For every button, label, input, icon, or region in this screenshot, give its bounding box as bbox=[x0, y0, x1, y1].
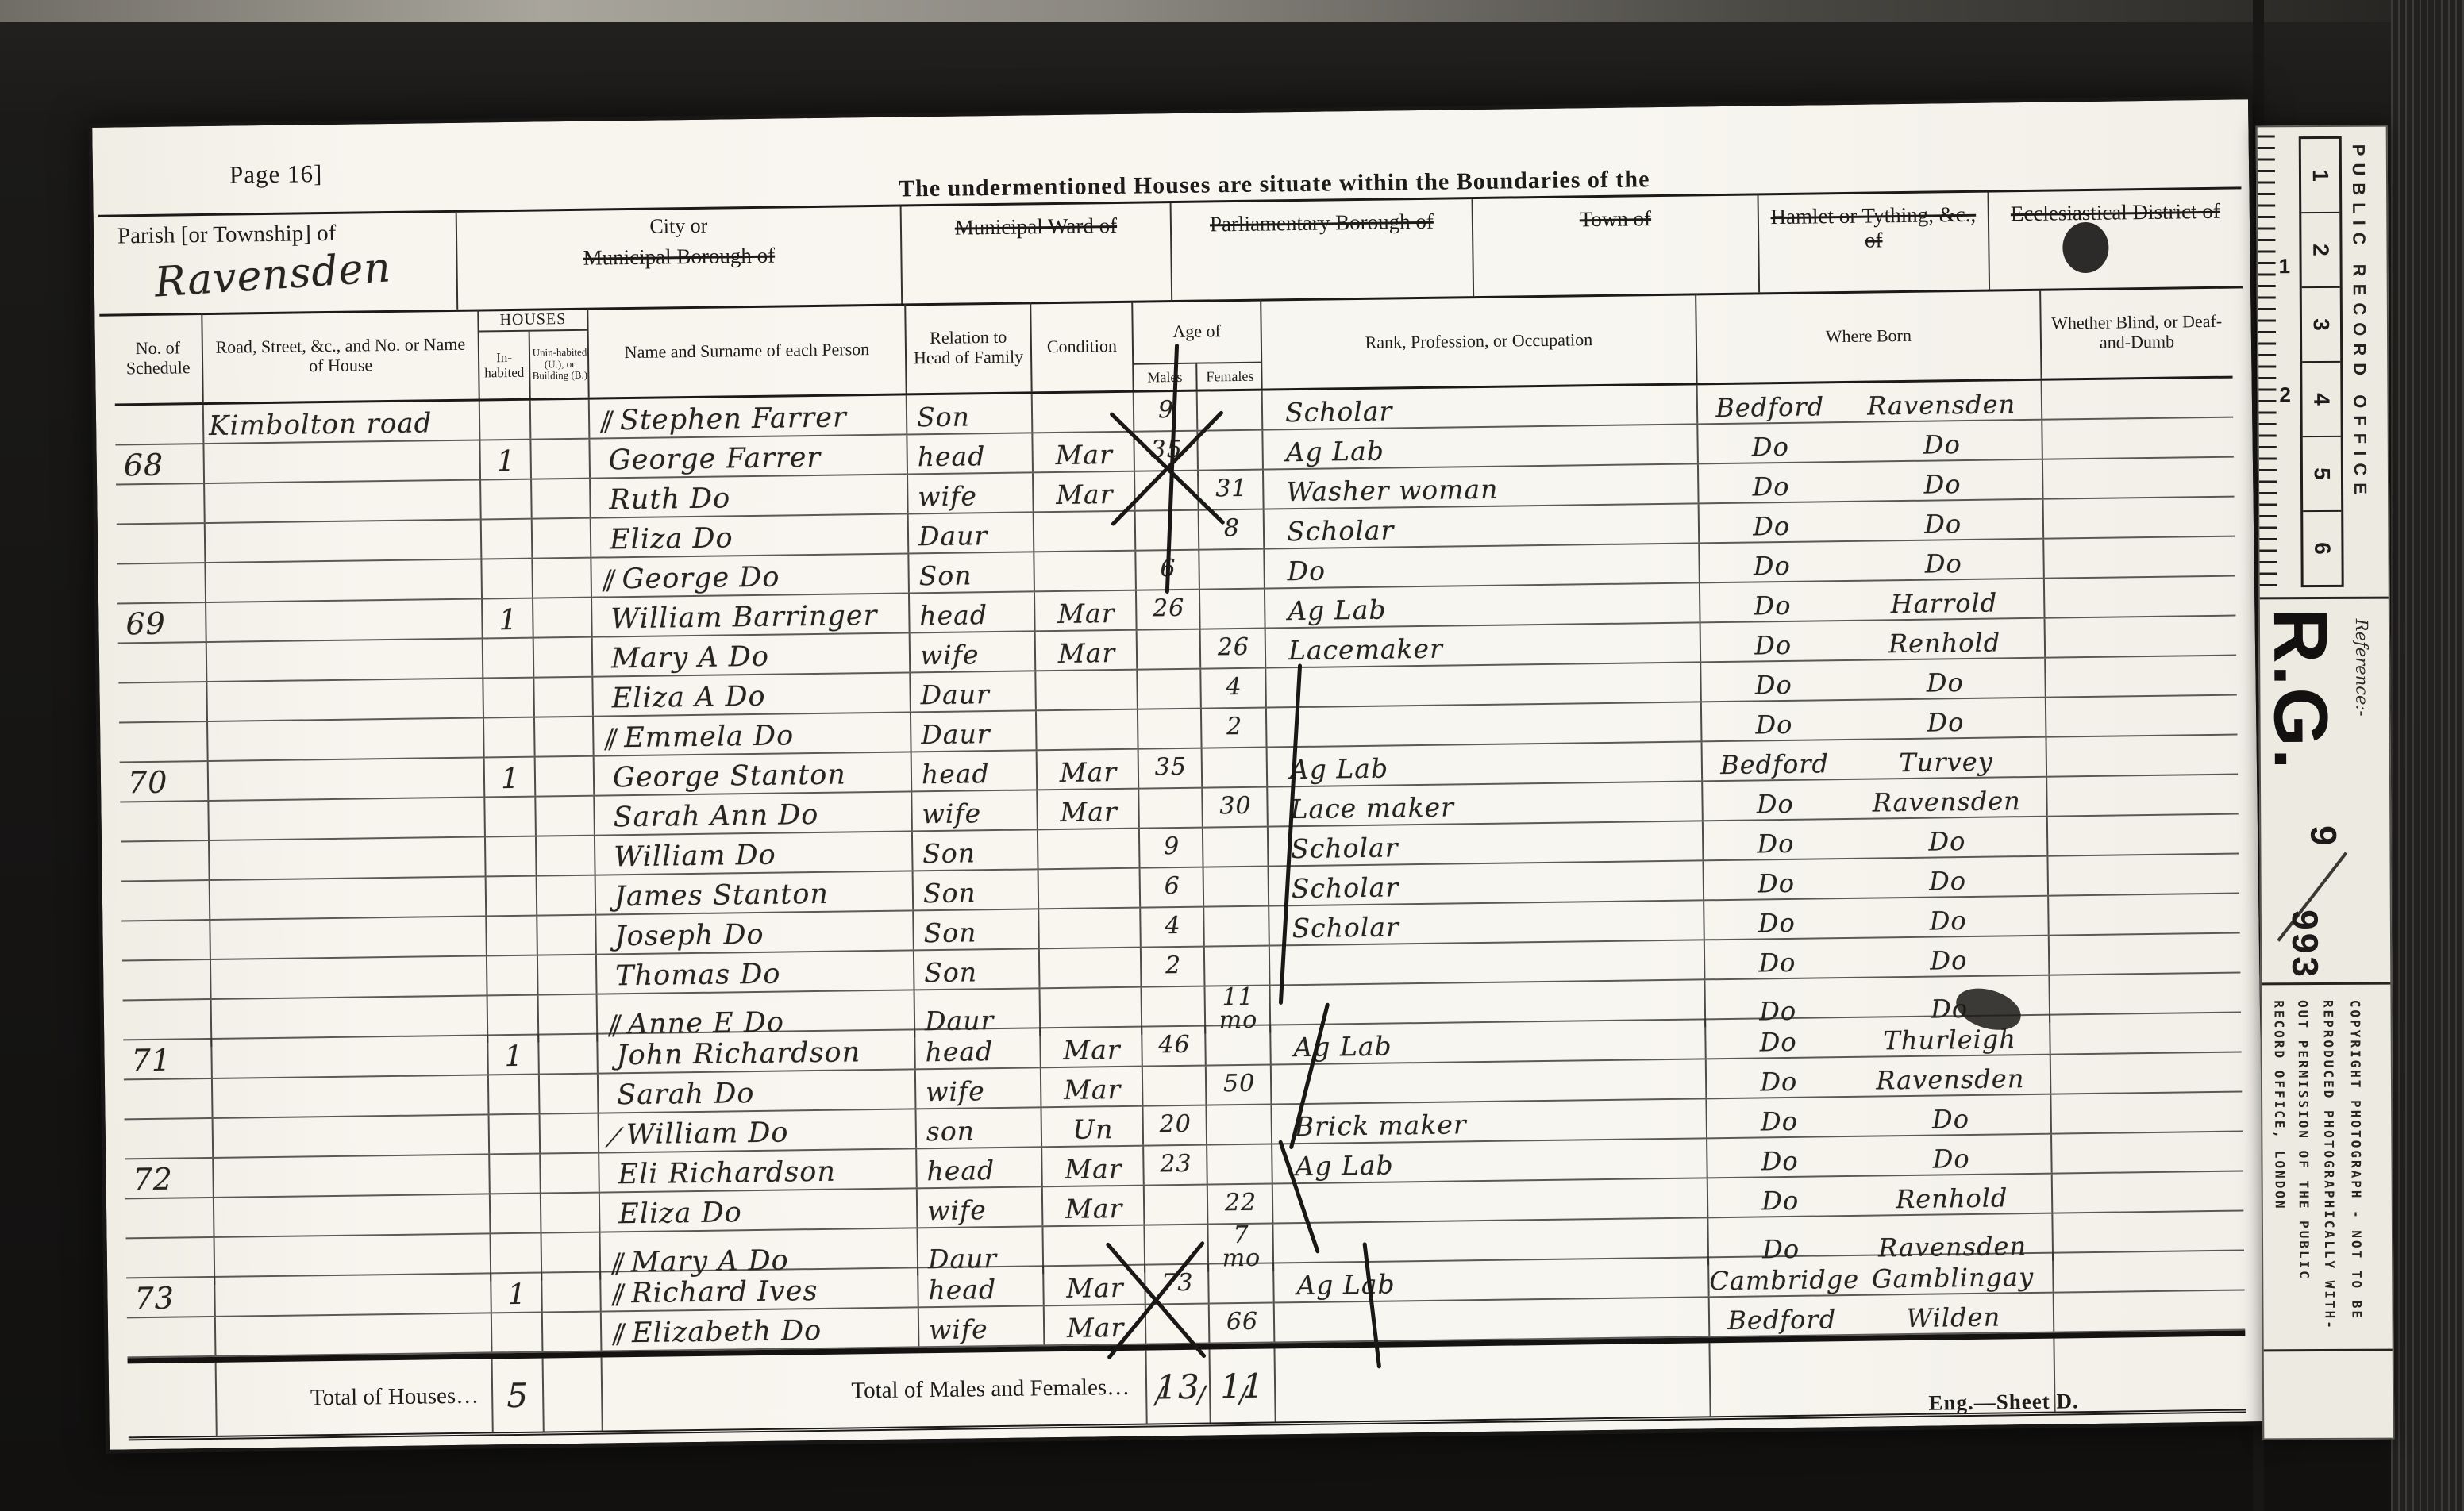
condition: Mar bbox=[1038, 750, 1140, 790]
road-name bbox=[206, 599, 483, 641]
schedule-number bbox=[124, 1079, 214, 1118]
occupation: Ag Lab bbox=[1265, 583, 1701, 627]
infirmity-cell bbox=[2050, 1013, 2242, 1054]
schedule-number: 70 bbox=[120, 762, 210, 801]
age-male: 35 bbox=[1139, 749, 1203, 788]
relation-to-head: head bbox=[917, 1148, 1043, 1187]
age-female: 50 bbox=[1207, 1066, 1272, 1105]
born-parish: Do bbox=[1846, 706, 2045, 739]
born-county: Do bbox=[1704, 867, 1849, 899]
schedule-number bbox=[116, 484, 206, 523]
enumerator-mark: ∥ bbox=[608, 1321, 629, 1349]
where-born: Do Do bbox=[1704, 857, 2049, 900]
person-name: Sarah Do bbox=[599, 1070, 917, 1112]
road-name bbox=[208, 718, 485, 760]
infirmity-cell bbox=[2050, 934, 2241, 975]
relation-to-head: Son bbox=[914, 909, 1040, 949]
infirmity-cell bbox=[2044, 537, 2235, 578]
born-county: Do bbox=[1701, 669, 1846, 701]
born-county: Do bbox=[1707, 1105, 1852, 1137]
infirmity-cell bbox=[2051, 1053, 2243, 1094]
schedule-number bbox=[125, 1119, 214, 1158]
condition bbox=[1040, 948, 1142, 988]
born-county: Do bbox=[1704, 828, 1848, 859]
born-county: Do bbox=[1704, 907, 1849, 939]
person-name: Eliza A Do bbox=[593, 673, 911, 715]
age-female bbox=[1204, 867, 1270, 906]
where-born: Do Do bbox=[1700, 500, 2045, 543]
where-born: Bedford Turvey bbox=[1703, 738, 2048, 781]
public-record-office-label: PUBLIC RECORD OFFICE bbox=[2348, 144, 2371, 586]
strip-divider bbox=[2264, 1349, 2393, 1352]
photo-right-band bbox=[2391, 0, 2464, 1511]
road-name: Kimbolton road bbox=[204, 401, 481, 443]
scale-number: 1 bbox=[2308, 169, 2333, 182]
schedule-number: 68 bbox=[115, 444, 205, 483]
born-parish: Ravensden bbox=[1850, 1063, 2050, 1096]
age-female bbox=[1209, 1263, 1275, 1302]
born-parish: Do bbox=[1851, 1103, 2050, 1136]
inhabited-mark bbox=[491, 1194, 542, 1233]
occupation bbox=[1275, 1298, 1711, 1341]
age-female bbox=[1204, 907, 1270, 946]
col-name: Name and Surname of each Person bbox=[588, 304, 907, 397]
born-parish: Ravensden bbox=[1847, 786, 2046, 818]
age-female: 66 bbox=[1210, 1303, 1276, 1342]
strip-divider bbox=[2260, 597, 2389, 600]
where-born: Do Do bbox=[1698, 421, 2043, 463]
where-born: Do Renhold bbox=[1708, 1175, 2054, 1217]
uninhabited-cell bbox=[533, 598, 593, 637]
person-name-text: William Do bbox=[614, 840, 776, 874]
inhabited-mark bbox=[484, 718, 536, 757]
ruler-number: 1 bbox=[2279, 254, 2291, 279]
condition bbox=[1033, 393, 1135, 433]
age-female bbox=[1206, 1026, 1272, 1065]
inhabited-mark: 1 bbox=[488, 1036, 540, 1075]
person-name: George Farrer bbox=[590, 435, 908, 477]
infirmity-cell bbox=[2051, 1093, 2243, 1133]
uninhabited-cell bbox=[541, 1114, 600, 1153]
col-houses-label: HOUSES bbox=[479, 309, 587, 333]
schedule-number bbox=[117, 524, 206, 563]
occupation: Scholar bbox=[1269, 861, 1705, 905]
inhabited-mark bbox=[489, 1075, 541, 1114]
person-name-text: Mary A Do bbox=[611, 641, 769, 675]
uninhabited-cell bbox=[534, 678, 594, 717]
schedule-number bbox=[117, 563, 206, 602]
inhabited-mark bbox=[486, 837, 537, 876]
person-name-text: Joseph Do bbox=[614, 919, 764, 952]
hamlet-cell: Hamlet or Tything, &c., of bbox=[1759, 193, 1991, 293]
where-born: Do Harrold bbox=[1700, 579, 2046, 622]
table-body: Kimbolton road ∥ Stephen Farrer Son 9 Sc… bbox=[115, 379, 2245, 1359]
condition: Mar bbox=[1034, 472, 1136, 512]
reference-label: Reference:- bbox=[2352, 619, 2372, 717]
age-female: 31 bbox=[1199, 471, 1265, 509]
town-cell: Town of bbox=[1473, 195, 1761, 296]
schedule-number bbox=[127, 1317, 217, 1356]
infirmity-cell bbox=[2046, 656, 2237, 697]
pro-reference-strip: 1 2 1 2 3 4 5 6 PUBLIC RECORD OFFICE Ref… bbox=[2256, 125, 2395, 1440]
uninhabited-cell bbox=[537, 916, 597, 955]
inhabited-mark: 1 bbox=[480, 440, 532, 479]
born-parish: Do bbox=[1848, 865, 2047, 898]
schedule-number bbox=[121, 921, 211, 959]
born-county: Bedford bbox=[1703, 748, 1847, 780]
road-name bbox=[216, 1313, 493, 1355]
person-name: ∥ Stephen Farrer bbox=[590, 395, 908, 437]
uninhabited-cell bbox=[532, 479, 591, 518]
uninhabited-cell bbox=[533, 519, 592, 558]
uninhabited-cell bbox=[531, 440, 591, 479]
condition: Mar bbox=[1042, 1147, 1145, 1186]
age-female bbox=[1199, 550, 1265, 589]
infirmity-cell bbox=[2053, 1171, 2244, 1212]
road-name bbox=[205, 480, 482, 522]
condition: Mar bbox=[1035, 591, 1138, 631]
born-county: Bedford bbox=[1710, 1304, 1854, 1336]
age-male bbox=[1138, 670, 1202, 709]
col-condition: Condition bbox=[1031, 302, 1134, 392]
age-male bbox=[1138, 709, 1203, 748]
relation-to-head: Daur bbox=[911, 671, 1037, 711]
person-name: ∥ Richard Ives bbox=[601, 1268, 919, 1310]
born-county: Do bbox=[1700, 590, 1845, 621]
where-born: Do Do bbox=[1704, 897, 2050, 940]
condition: Mar bbox=[1041, 1067, 1144, 1107]
ruler bbox=[2258, 135, 2277, 595]
condition bbox=[1037, 710, 1139, 750]
scale-number: 2 bbox=[2308, 244, 2333, 256]
where-born: Do Do bbox=[1700, 540, 2045, 582]
person-name-text: Thomas Do bbox=[615, 959, 781, 993]
born-parish: Do bbox=[1842, 429, 2042, 461]
occupation: Ag Lab bbox=[1268, 742, 1704, 786]
age-female bbox=[1200, 590, 1266, 629]
infirmity-cell bbox=[2048, 815, 2239, 855]
born-parish: Renhold bbox=[1852, 1182, 2051, 1215]
occupation bbox=[1270, 940, 1706, 984]
tick-mark: ∕ bbox=[1197, 1382, 1207, 1409]
where-born: Do Renhold bbox=[1701, 619, 2046, 662]
relation-to-head: wife bbox=[916, 1068, 1042, 1108]
relation-to-head: head bbox=[912, 751, 1038, 790]
born-parish: Thurleigh bbox=[1850, 1024, 2050, 1056]
col-uninhabited: Unin-habited (U.), or Building (B.) bbox=[530, 331, 590, 398]
born-county: Do bbox=[1702, 709, 1846, 740]
condition: Mar bbox=[1033, 433, 1135, 472]
infirmity-cell bbox=[2046, 617, 2237, 657]
infirmity-cell bbox=[2052, 1132, 2243, 1172]
uninhabited-cell bbox=[533, 559, 592, 598]
ruler-number: 2 bbox=[2279, 383, 2291, 407]
uninhabited-cell bbox=[541, 1154, 600, 1193]
age-male: 26 bbox=[1137, 590, 1201, 629]
schedule-number: 72 bbox=[125, 1159, 214, 1198]
infirmity-cell bbox=[2042, 379, 2234, 419]
occupation: Ag Lab bbox=[1271, 1020, 1707, 1063]
age-female bbox=[1207, 1105, 1272, 1144]
schedule-number bbox=[125, 1198, 215, 1237]
infirmity-cell bbox=[2043, 458, 2235, 498]
uninhabited-cell bbox=[534, 638, 594, 677]
uninhabited-cell bbox=[542, 1273, 602, 1312]
road-name bbox=[206, 520, 483, 562]
born-county: Do bbox=[1707, 1145, 1852, 1177]
schedule-number bbox=[121, 881, 211, 920]
parish-cell: Parish [or Township] of Ravensden bbox=[98, 213, 459, 314]
occupation: Do bbox=[1265, 544, 1700, 587]
road-name bbox=[207, 639, 484, 681]
total-males-females-label: Total of Males and Females… bbox=[603, 1351, 1148, 1431]
road-name bbox=[209, 758, 486, 800]
age-male bbox=[1138, 630, 1202, 669]
condition: Mar bbox=[1041, 1028, 1143, 1067]
ecclesiastical-label: Ecclesiastical District of bbox=[2011, 199, 2220, 226]
col-road: Road, Street, &c., and No. or Name of Ho… bbox=[202, 310, 479, 402]
tick-mark: ∕ bbox=[1155, 1382, 1165, 1409]
inhabited-mark: 1 bbox=[483, 599, 534, 638]
infirmity-cell bbox=[2048, 855, 2239, 895]
sheet-imprint: Eng.—Sheet D. bbox=[1928, 1389, 2079, 1415]
person-name-text: Ruth Do bbox=[609, 483, 730, 516]
inhabited-mark: 1 bbox=[485, 758, 537, 797]
person-name-text: Sarah Ann Do bbox=[613, 799, 818, 833]
scale-number: 5 bbox=[2309, 467, 2335, 480]
col-infirmity: Whether Blind, or Deaf-and-Dumb bbox=[2041, 287, 2232, 379]
born-parish: Renhold bbox=[1845, 627, 2044, 659]
road-name bbox=[211, 956, 488, 998]
inhabited-mark bbox=[480, 401, 532, 440]
uninhabited-cell bbox=[539, 1035, 599, 1074]
where-born: Do Ravensden bbox=[1703, 778, 2048, 821]
person-name: Thomas Do bbox=[597, 951, 915, 993]
schedule-number: 71 bbox=[123, 1040, 213, 1078]
inhabited-mark bbox=[487, 877, 538, 916]
totals-blank bbox=[128, 1363, 218, 1436]
where-born: Do Do bbox=[1707, 1135, 2053, 1178]
occupation: Ag Lab bbox=[1274, 1258, 1710, 1301]
enumerator-mark: ∥ bbox=[596, 409, 618, 436]
age-male: 23 bbox=[1144, 1146, 1208, 1185]
age-male: 9 bbox=[1140, 829, 1204, 867]
uninhabited-cell bbox=[537, 836, 596, 875]
occupation: Scholar bbox=[1265, 504, 1700, 548]
born-parish: Do bbox=[1843, 508, 2042, 540]
born-parish: Gamblingay bbox=[1854, 1262, 2053, 1294]
occupation bbox=[1273, 1178, 1709, 1222]
condition bbox=[1039, 869, 1142, 909]
schedule-number bbox=[122, 960, 212, 999]
person-name: Sarah Ann Do bbox=[595, 792, 913, 834]
schedule-number: 69 bbox=[117, 603, 207, 642]
inhabited-mark bbox=[487, 917, 538, 955]
person-name-text: George Do bbox=[622, 562, 780, 596]
uninhabited-cell bbox=[538, 955, 598, 994]
relation-to-head: head bbox=[915, 1028, 1041, 1068]
where-born: Do Do bbox=[1702, 698, 2047, 741]
age-male: 2 bbox=[1142, 948, 1206, 986]
born-county: Do bbox=[1703, 788, 1847, 820]
occupation: Lacemaker bbox=[1266, 623, 1702, 667]
enumerator-mark: ∥ bbox=[607, 1282, 629, 1309]
person-name: Eliza Do bbox=[591, 514, 910, 556]
condition: Mar bbox=[1038, 790, 1140, 829]
col-age-label: Age of bbox=[1133, 300, 1261, 363]
age-female bbox=[1198, 431, 1264, 470]
age-female: 26 bbox=[1201, 629, 1267, 668]
scale-number: 4 bbox=[2308, 393, 2334, 406]
relation-to-head: wife bbox=[918, 1187, 1044, 1227]
inhabited-mark bbox=[490, 1155, 541, 1194]
parliamentary-borough-label: Parliamentary Borough of bbox=[1210, 210, 1434, 237]
person-name: ∥ Emmela Do bbox=[594, 713, 912, 755]
enumerator-ticks: ∕ ∕ ∕ bbox=[1155, 1380, 1330, 1410]
where-born: Do Ravensden bbox=[1707, 1055, 2052, 1098]
municipal-ward-cell: Municipal Ward of bbox=[902, 203, 1173, 303]
piece-number: 9 bbox=[2302, 825, 2345, 846]
where-born: Do Do bbox=[1701, 659, 2046, 702]
infirmity-cell bbox=[2044, 498, 2235, 538]
inhabited-mark bbox=[485, 798, 537, 836]
relation-to-head: head bbox=[907, 433, 1034, 473]
age-female: 30 bbox=[1203, 788, 1269, 827]
born-parish: Turvey bbox=[1846, 746, 2046, 779]
occupation bbox=[1272, 1059, 1707, 1103]
relation-to-head: wife bbox=[908, 473, 1034, 513]
uninhabited-cell bbox=[543, 1313, 603, 1351]
inhabited-mark bbox=[483, 639, 535, 678]
person-name: Joseph Do bbox=[596, 911, 914, 953]
occupation: Scholar bbox=[1269, 821, 1704, 865]
condition: Un bbox=[1041, 1107, 1144, 1147]
condition bbox=[1034, 552, 1137, 591]
person-name-text: Eliza Do bbox=[610, 522, 733, 556]
uninhabited-cell bbox=[535, 717, 595, 756]
person-name: John Richardson bbox=[598, 1030, 916, 1072]
born-parish: Do bbox=[1849, 905, 2048, 937]
age-male: 46 bbox=[1142, 1027, 1207, 1066]
relation-to-head: wife bbox=[911, 632, 1037, 671]
where-born: Do Do bbox=[1699, 460, 2044, 503]
person-name-text: Eli Richardson bbox=[618, 1156, 836, 1191]
col-females: Females bbox=[1197, 363, 1262, 390]
col-schedule: No. of Schedule bbox=[114, 313, 203, 403]
born-parish: Harrold bbox=[1844, 587, 2043, 620]
occupation bbox=[1266, 663, 1702, 706]
hamlet-label: Hamlet or Tything, &c., of bbox=[1767, 202, 1981, 255]
relation-to-head: head bbox=[918, 1267, 1045, 1306]
condition bbox=[1036, 671, 1138, 710]
person-name-text: George Stanton bbox=[613, 759, 846, 794]
born-parish: Do bbox=[1849, 944, 2048, 977]
born-county: Do bbox=[1700, 550, 1844, 582]
parish-name: Ravensden bbox=[153, 244, 393, 306]
infirmity-cell bbox=[2054, 1251, 2245, 1291]
person-name-text: William Do bbox=[626, 1117, 789, 1151]
age-male bbox=[1143, 1067, 1207, 1105]
col-males: Males bbox=[1134, 364, 1197, 390]
infirmity-cell bbox=[2054, 1290, 2246, 1331]
born-county: Do bbox=[1698, 431, 1842, 463]
age-female bbox=[1203, 828, 1269, 867]
born-county: Do bbox=[1705, 947, 1850, 978]
uninhabited-cell bbox=[531, 400, 591, 439]
uninhabited-cell bbox=[536, 797, 595, 836]
relation-to-head: Daur bbox=[909, 513, 1035, 552]
born-county: Do bbox=[1706, 1026, 1850, 1058]
born-parish: Do bbox=[1842, 468, 2042, 501]
person-name: ∥ Elizabeth Do bbox=[602, 1308, 920, 1350]
age-female bbox=[1205, 947, 1271, 986]
inhabited-mark bbox=[483, 679, 535, 717]
age-male: 6 bbox=[1141, 868, 1205, 907]
col-age-group: Age of Males Females bbox=[1133, 300, 1262, 390]
relation-to-head: Son bbox=[914, 949, 1041, 989]
relation-to-head: Son bbox=[913, 830, 1039, 870]
infirmity-cell bbox=[2046, 736, 2238, 776]
col-where-born: Where Born bbox=[1696, 290, 2042, 383]
road-name bbox=[213, 1075, 490, 1117]
enumerator-mark: ∕ bbox=[606, 1123, 624, 1151]
road-name bbox=[206, 559, 483, 602]
age-female: 22 bbox=[1208, 1184, 1274, 1223]
person-name-text: Richard Ives bbox=[631, 1275, 818, 1309]
copyright-line: RECORD OFFICE, LONDON bbox=[2271, 1000, 2288, 1341]
col-houses-group: HOUSES In-habited Unin-habited (U.), or … bbox=[479, 309, 589, 399]
person-name: William Do bbox=[595, 832, 914, 874]
schedule-number bbox=[120, 802, 210, 840]
relation-to-head: wife bbox=[912, 790, 1038, 830]
census-sheet: Page 16] The undermentioned Houses are s… bbox=[88, 95, 2270, 1454]
occupation: Ag Lab bbox=[1272, 1139, 1708, 1182]
enumerator-mark: ∥ bbox=[599, 567, 620, 595]
road-name bbox=[212, 1036, 489, 1078]
tick-mark: ∕ bbox=[1239, 1381, 1249, 1409]
where-born: Bedford Wilden bbox=[1710, 1294, 2055, 1336]
person-name: ∕ William Do bbox=[599, 1109, 918, 1152]
road-name bbox=[210, 837, 487, 879]
schedule-number bbox=[118, 643, 208, 682]
scale-number: 3 bbox=[2308, 318, 2334, 331]
born-parish: Wilden bbox=[1854, 1301, 2053, 1334]
road-name bbox=[215, 1274, 492, 1316]
person-name-text: Stephen Farrer bbox=[620, 402, 847, 436]
road-name bbox=[214, 1115, 491, 1157]
schedule-number bbox=[121, 841, 210, 880]
copyright-line: REPRODUCED PHOTOGRAPHICALLY WITH- bbox=[2320, 1000, 2337, 1341]
person-name: Eliza Do bbox=[600, 1189, 918, 1231]
inhabited-mark bbox=[482, 559, 533, 598]
municipal-borough-top: City or bbox=[465, 212, 892, 241]
parliamentary-borough-cell: Parliamentary Borough of bbox=[1172, 199, 1475, 300]
schedule-number: 73 bbox=[126, 1278, 216, 1317]
person-name-text: Emmela Do bbox=[624, 720, 794, 754]
strip-divider bbox=[2262, 982, 2390, 986]
relation-to-head: Daur bbox=[911, 711, 1038, 751]
road-name bbox=[214, 1155, 491, 1197]
where-born: Do Do bbox=[1707, 1095, 2052, 1138]
age-female: 2 bbox=[1202, 709, 1268, 748]
copyright-line: OUT PERMISSION OF THE PUBLIC bbox=[2295, 1000, 2312, 1341]
age-male: 4 bbox=[1141, 908, 1205, 947]
inhabited-mark: 1 bbox=[491, 1274, 543, 1313]
occupation: Washer woman bbox=[1264, 464, 1700, 508]
born-county: Do bbox=[1701, 629, 1846, 661]
occupation: Brick maker bbox=[1272, 1099, 1707, 1143]
person-name-text: Sarah Do bbox=[617, 1078, 755, 1111]
